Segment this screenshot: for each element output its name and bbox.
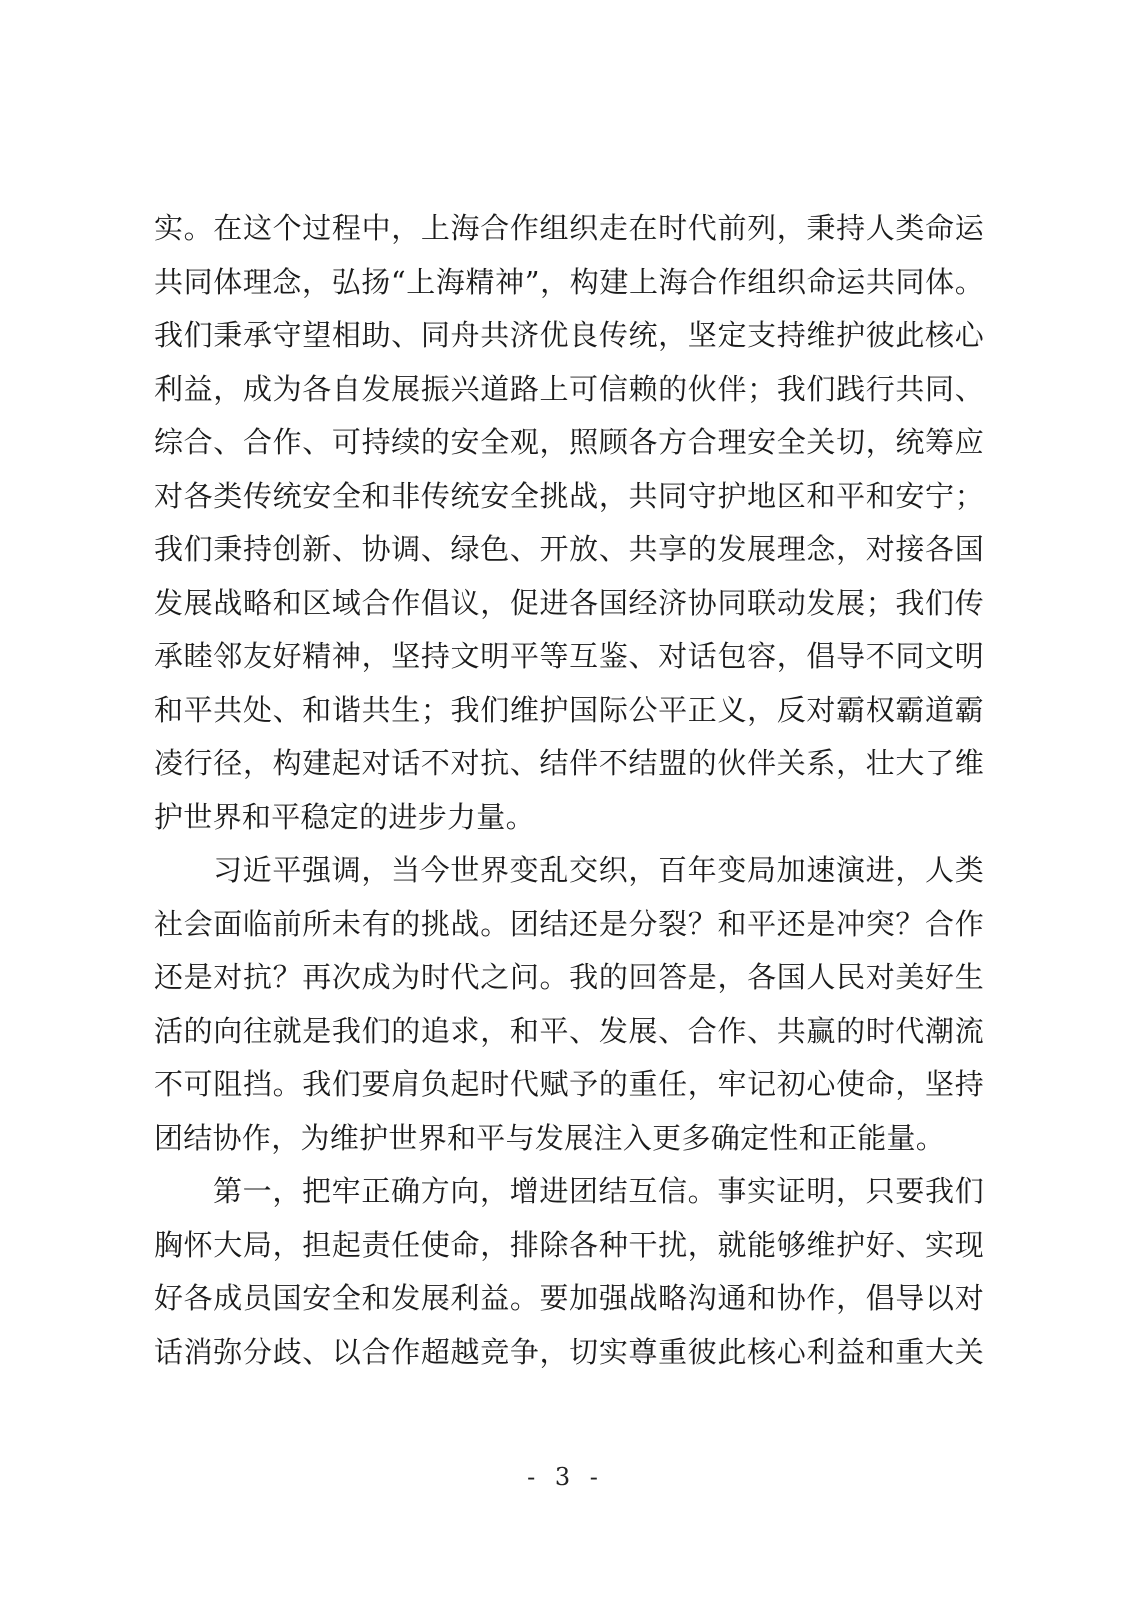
- text-line: 不可阻挡。我们要肩负起时代赋予的重任，牢记初心使命，坚持: [154, 1058, 984, 1112]
- text-line: 综合、合作、可持续的安全观，照顾各方合理安全关切，统筹应: [154, 416, 984, 470]
- text-line: 实。在这个过程中，上海合作组织走在时代前列，秉持人类命运: [154, 202, 984, 256]
- text-line: 活的向往就是我们的追求，和平、发展、合作、共赢的时代潮流: [154, 1005, 984, 1059]
- text-line: 胸怀大局，担起责任使命，排除各种干扰，就能够维护好、实现: [154, 1219, 984, 1273]
- paragraph-end-line: 团结协作，为维护世界和平与发展注入更多确定性和正能量。: [154, 1112, 984, 1166]
- text-line: 我们秉承守望相助、同舟共济优良传统，坚定支持维护彼此核心: [154, 309, 984, 363]
- text-line: 承睦邻友好精神，坚持文明平等互鉴、对话包容，倡导不同文明: [154, 630, 984, 684]
- text-line: 我们秉持创新、协调、绿色、开放、共享的发展理念，对接各国: [154, 523, 984, 577]
- text-line: 凌行径，构建起对话不对抗、结伴不结盟的伙伴关系，壮大了维: [154, 737, 984, 791]
- text-line: 话消弥分歧、以合作超越竞争，切实尊重彼此核心利益和重大关: [154, 1326, 984, 1380]
- document-page: 实。在这个过程中，上海合作组织走在时代前列，秉持人类命运 共同体理念，弘扬“上海…: [0, 0, 1131, 1600]
- text-line: 共同体理念，弘扬“上海精神”，构建上海合作组织命运共同体。: [154, 256, 984, 310]
- text-line: 发展战略和区域合作倡议，促进各国经济协同联动发展；我们传: [154, 577, 984, 631]
- paragraph-start-line: 第一，把牢正确方向，增进团结互信。事实证明，只要我们: [154, 1165, 984, 1219]
- page-number: - 3 -: [0, 1462, 1131, 1492]
- paragraph-end-line: 护世界和平稳定的进步力量。: [154, 791, 984, 845]
- paragraph-start-line: 习近平强调，当今世界变乱交织，百年变局加速演进，人类: [154, 844, 984, 898]
- text-line: 好各成员国安全和发展利益。要加强战略沟通和协作，倡导以对: [154, 1272, 984, 1326]
- text-line: 对各类传统安全和非传统安全挑战，共同守护地区和平和安宁；: [154, 470, 984, 524]
- text-line: 利益，成为各自发展振兴道路上可信赖的伙伴；我们践行共同、: [154, 363, 984, 417]
- text-line: 社会面临前所未有的挑战。团结还是分裂？和平还是冲突？合作: [154, 898, 984, 952]
- text-line: 和平共处、和谐共生；我们维护国际公平正义，反对霸权霸道霸: [154, 684, 984, 738]
- body-text: 实。在这个过程中，上海合作组织走在时代前列，秉持人类命运 共同体理念，弘扬“上海…: [154, 202, 984, 1379]
- text-line: 还是对抗？再次成为时代之问。我的回答是，各国人民对美好生: [154, 951, 984, 1005]
